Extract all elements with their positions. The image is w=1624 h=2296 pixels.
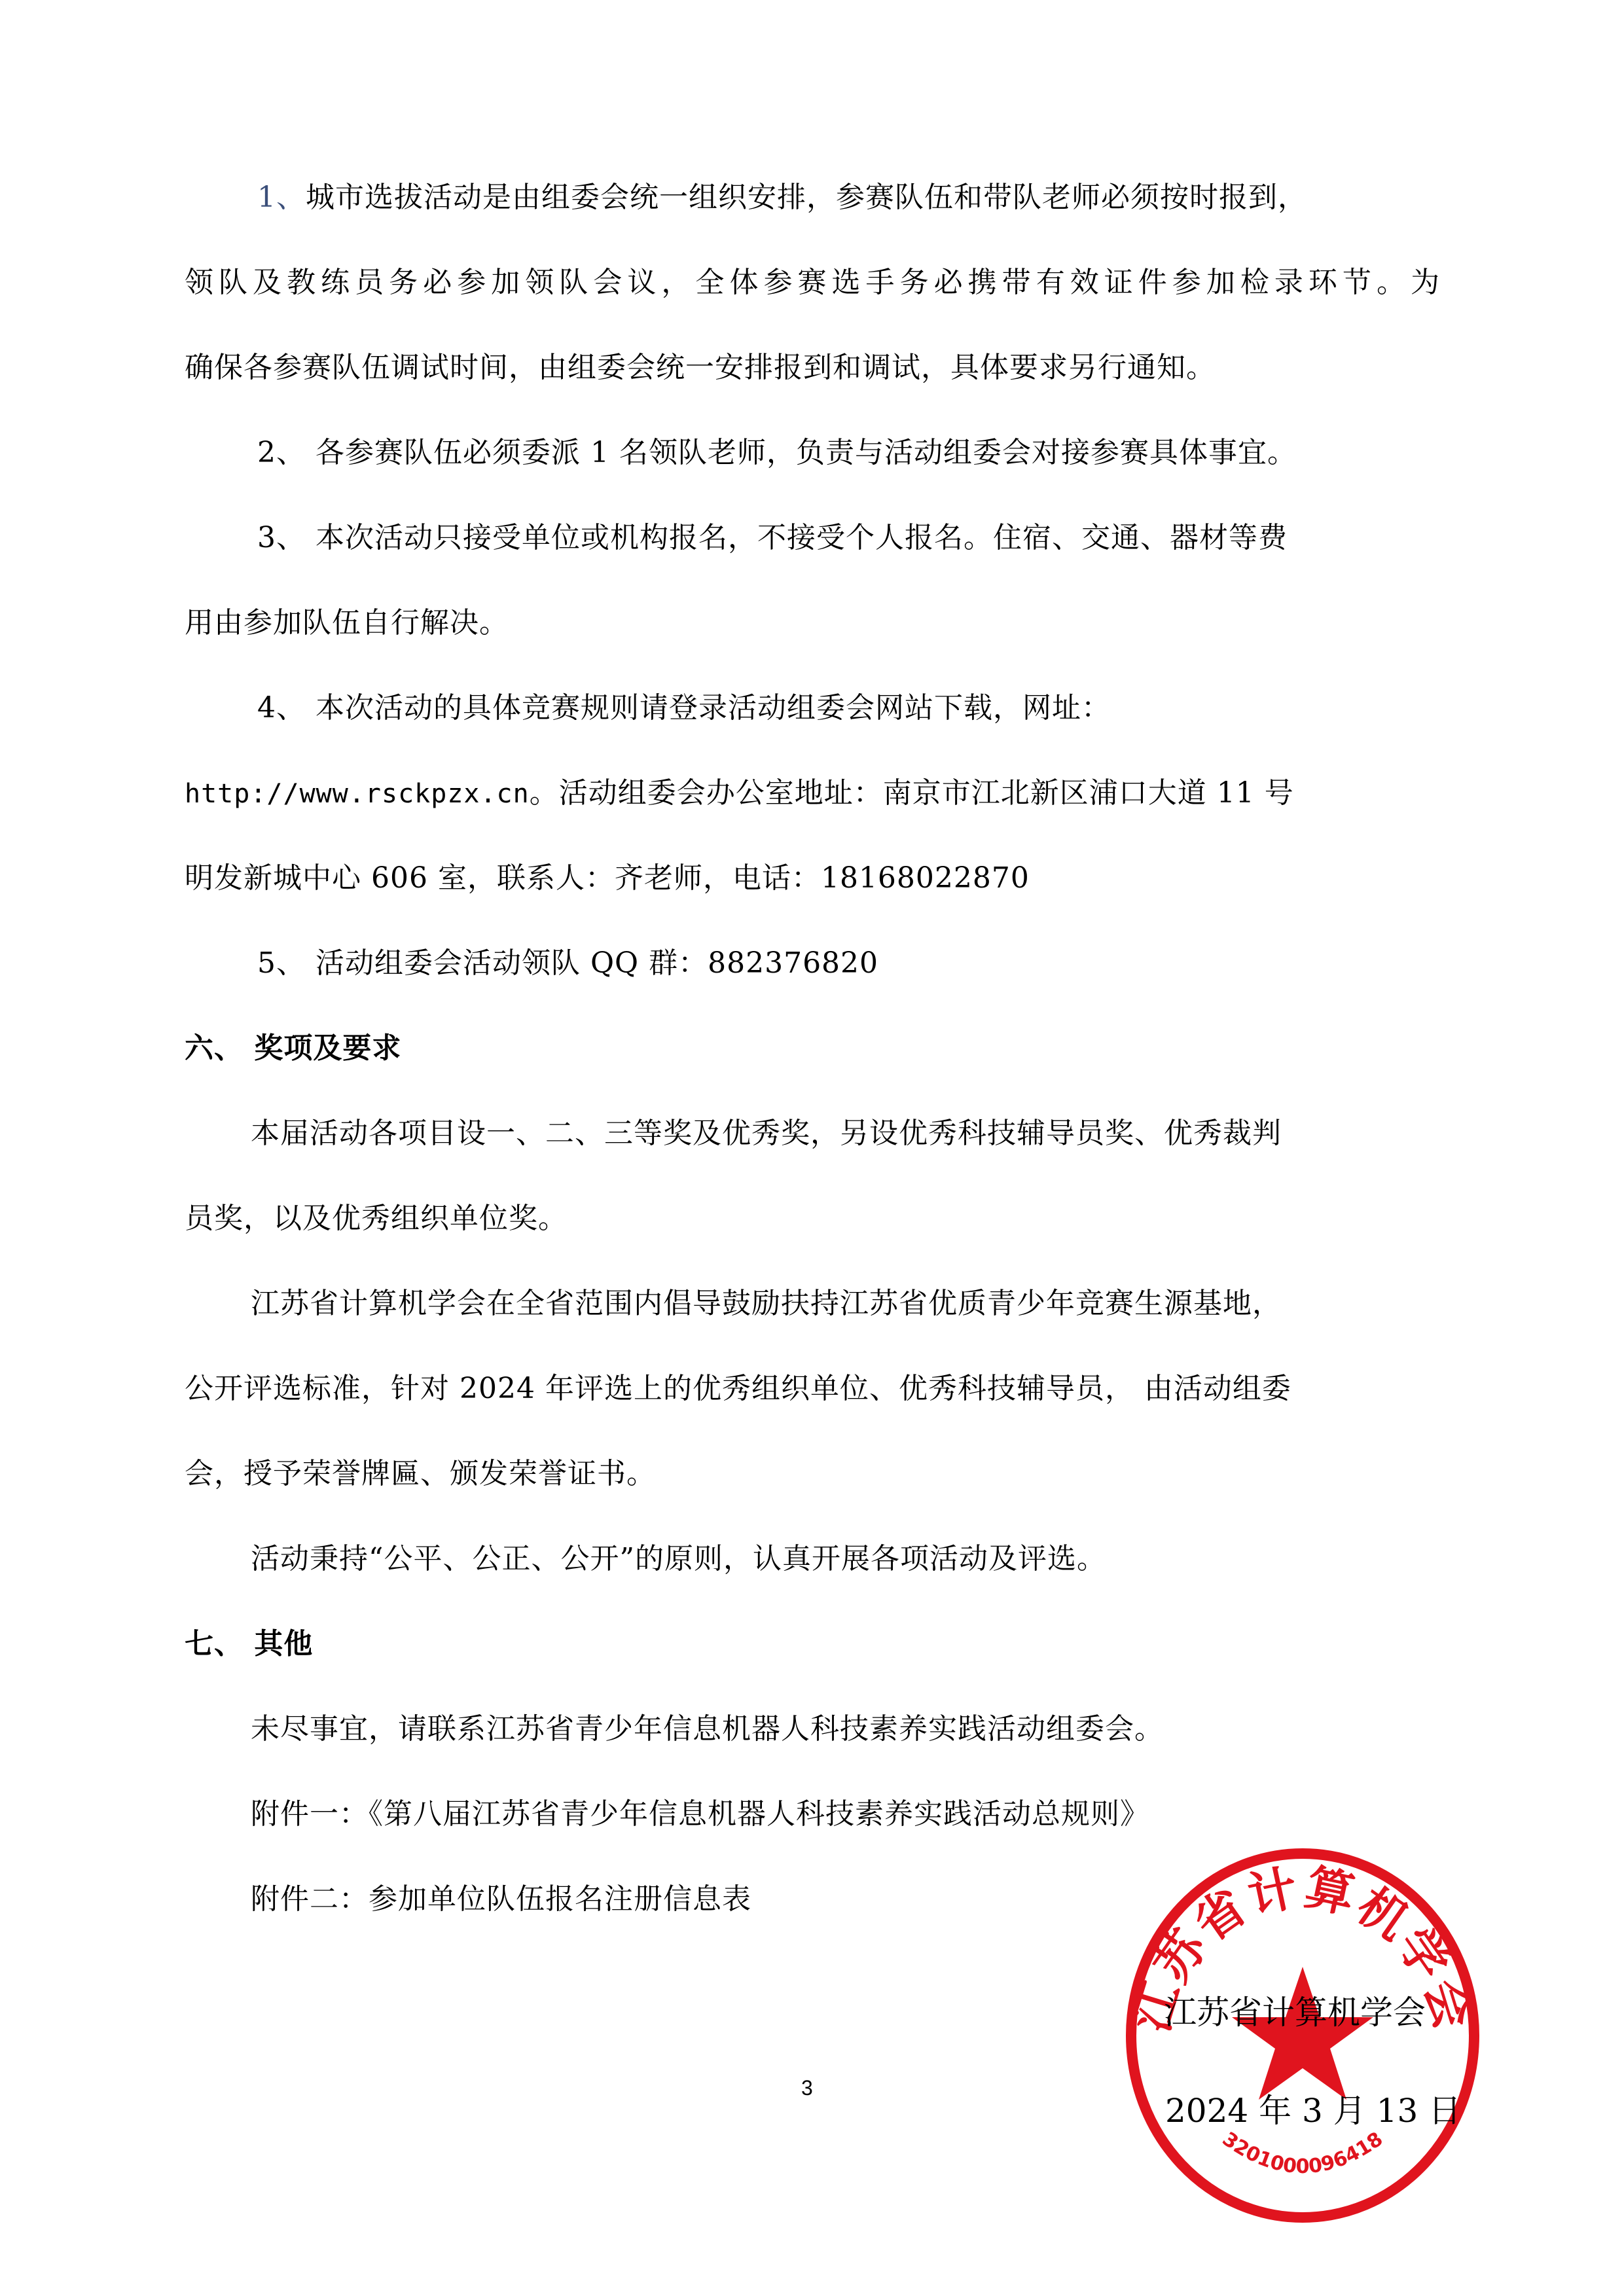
section-6-para-3: 活动秉持“公平、公正、公开”的原则，认真开展各项活动及评选。: [251, 1539, 1106, 1579]
signature-organization: 江苏省计算机学会: [1164, 1986, 1426, 2034]
section-6-para-2-line-1: 江苏省计算机学会在全省范围内倡导鼓励扶持江苏省优质青少年竞赛生源基地，: [251, 1284, 1282, 1323]
website-link[interactable]: http://www.rsckpzx.cn: [185, 779, 530, 809]
attachment-2: 附件二：参加单位队伍报名注册信息表: [251, 1880, 751, 1919]
section-6-para-1-line-2: 员奖，以及优秀组织单位奖。: [185, 1199, 568, 1238]
svg-text:3201000096418: 3201000096418: [1218, 2128, 1387, 2178]
item-1-line-2: 领队及教练员务必参加领队会议，全体参赛选手务必携带有效证件参加检录环节。为: [185, 263, 1440, 302]
item-4-line-2: http://www.rsckpzx.cn。活动组委会办公室地址：南京市江北新区…: [185, 774, 1294, 814]
item-5: 5、 活动组委会活动领队 QQ 群：882376820: [257, 944, 878, 983]
item-1-line-1: 1、城市选拔活动是由组委会统一组织安排，参赛队伍和带队老师必须按时报到，: [257, 178, 1307, 217]
attachment-1: 附件一：《第八届江苏省青少年信息机器人科技素养实践活动总规则》: [251, 1795, 1149, 1834]
page-number: 3: [801, 2076, 813, 2100]
section-6-para-2-line-2: 公开评选标准，针对 2024 年评选上的优秀组织单位、优秀科技辅导员， 由活动组…: [185, 1369, 1291, 1408]
item-1-number: 1、: [257, 181, 306, 214]
item-2: 2、 各参赛队伍必须委派 1 名领队老师，负责与活动组委会对接参赛具体事宜。: [257, 433, 1297, 473]
section-7-para-1: 未尽事宜，请联系江苏省青少年信息机器人科技素养实践活动组委会。: [251, 1710, 1164, 1749]
official-seal-icon: 江苏省计算机学会 3201000096418: [1113, 1846, 1492, 2225]
section-7-heading: 七、 其他: [185, 1624, 313, 1664]
item-4-line-3: 明发新城中心 606 室，联系人：齐老师，电话：18168022870: [185, 859, 1030, 898]
signature-date: 2024 年 3 月 13 日: [1165, 2085, 1461, 2132]
item-1-line-3: 确保各参赛队伍调试时间，由组委会统一安排报到和调试，具体要求另行通知。: [185, 348, 1216, 387]
item-3-line-2: 用由参加队伍自行解决。: [185, 603, 509, 643]
section-6-para-1-line-1: 本届活动各项目设一、二、三等奖及优秀奖，另设优秀科技辅导员奖、优秀裁判: [251, 1114, 1282, 1153]
item-3-line-1: 3、 本次活动只接受单位或机构报名，不接受个人报名。住宿、交通、器材等费: [257, 518, 1288, 558]
item-4-line-1: 4、 本次活动的具体竞赛规则请登录活动组委会网站下载，网址：: [257, 689, 1111, 728]
section-6-heading: 六、 奖项及要求: [185, 1029, 401, 1068]
document-page: 1、城市选拔活动是由组委会统一组织安排，参赛队伍和带队老师必须按时报到， 领队及…: [0, 0, 1624, 2296]
section-6-para-2-line-3: 会，授予荣誉牌匾、颁发荣誉证书。: [185, 1454, 656, 1494]
